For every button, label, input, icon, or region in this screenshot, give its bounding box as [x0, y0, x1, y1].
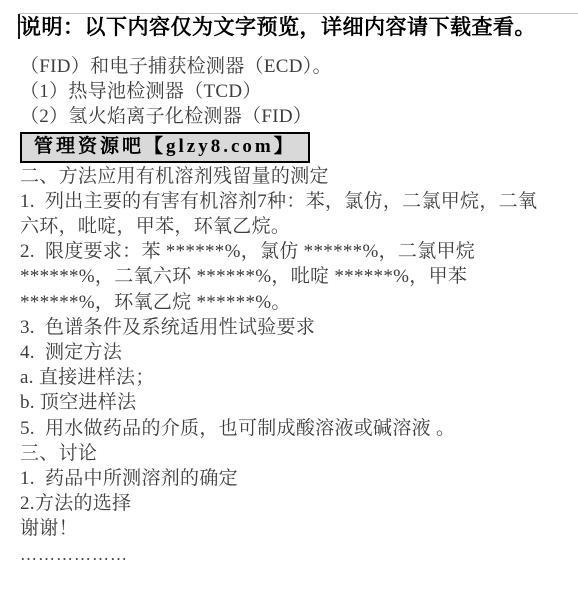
watermark-banner-label: 管理资源吧【glzy8.com】 [34, 136, 296, 157]
document-body: 说明：以下内容仅为文字预览，详细内容请下载查看。 （FID）和电子捕获检测器（E… [20, 14, 570, 567]
text-line: ******%，二氧六环 ******%，吡啶 ******%，甲苯 [20, 264, 570, 289]
text-line: （1）热导池检测器（TCD） [20, 79, 570, 104]
preview-notice: 说明：以下内容仅为文字预览，详细内容请下载查看。 [20, 14, 570, 41]
ellipsis-line: ……………… [20, 542, 570, 567]
text-line: 三、讨论 [20, 441, 570, 466]
text-line: （FID）和电子捕获检测器（ECD）。 [20, 54, 570, 79]
text-line: ******%，环氧乙烷 ******%。 [20, 290, 570, 315]
text-line: 1. 列出主要的有害有机溶剂7种：苯，氯仿，二氯甲烷，二氧 [20, 189, 570, 214]
text-line: 1. 药品中所测溶剂的确定 [20, 466, 570, 491]
watermark-banner-row: 管理资源吧【glzy8.com】 [20, 130, 570, 164]
text-line: 二、方法应用有机溶剂残留量的测定 [20, 164, 570, 189]
text-line: 5. 用水做药品的介质，也可制成酸溶液或碱溶液 。 [20, 416, 570, 441]
text-line: 4. 测定方法 [20, 340, 570, 365]
text-line: （2）氢火焰离子化检测器（FID） [20, 104, 570, 129]
text-line: 2.方法的选择 [20, 491, 570, 516]
preview-page: 说明：以下内容仅为文字预览，详细内容请下载查看。 （FID）和电子捕获检测器（E… [0, 0, 578, 600]
text-line: a. 直接进样法； [20, 365, 570, 390]
text-line: 谢谢！ [20, 516, 570, 541]
text-line: b. 顶空进样法 [20, 390, 570, 415]
text-line: 六环，吡啶，甲苯，环氧乙烷。 [20, 214, 570, 239]
watermark-banner-link[interactable]: 管理资源吧【glzy8.com】 [20, 132, 310, 163]
text-line: 3. 色谱条件及系统适用性试验要求 [20, 315, 570, 340]
text-line: 2. 限度要求：苯 ******%，氯仿 ******%，二氯甲烷 [20, 239, 570, 264]
